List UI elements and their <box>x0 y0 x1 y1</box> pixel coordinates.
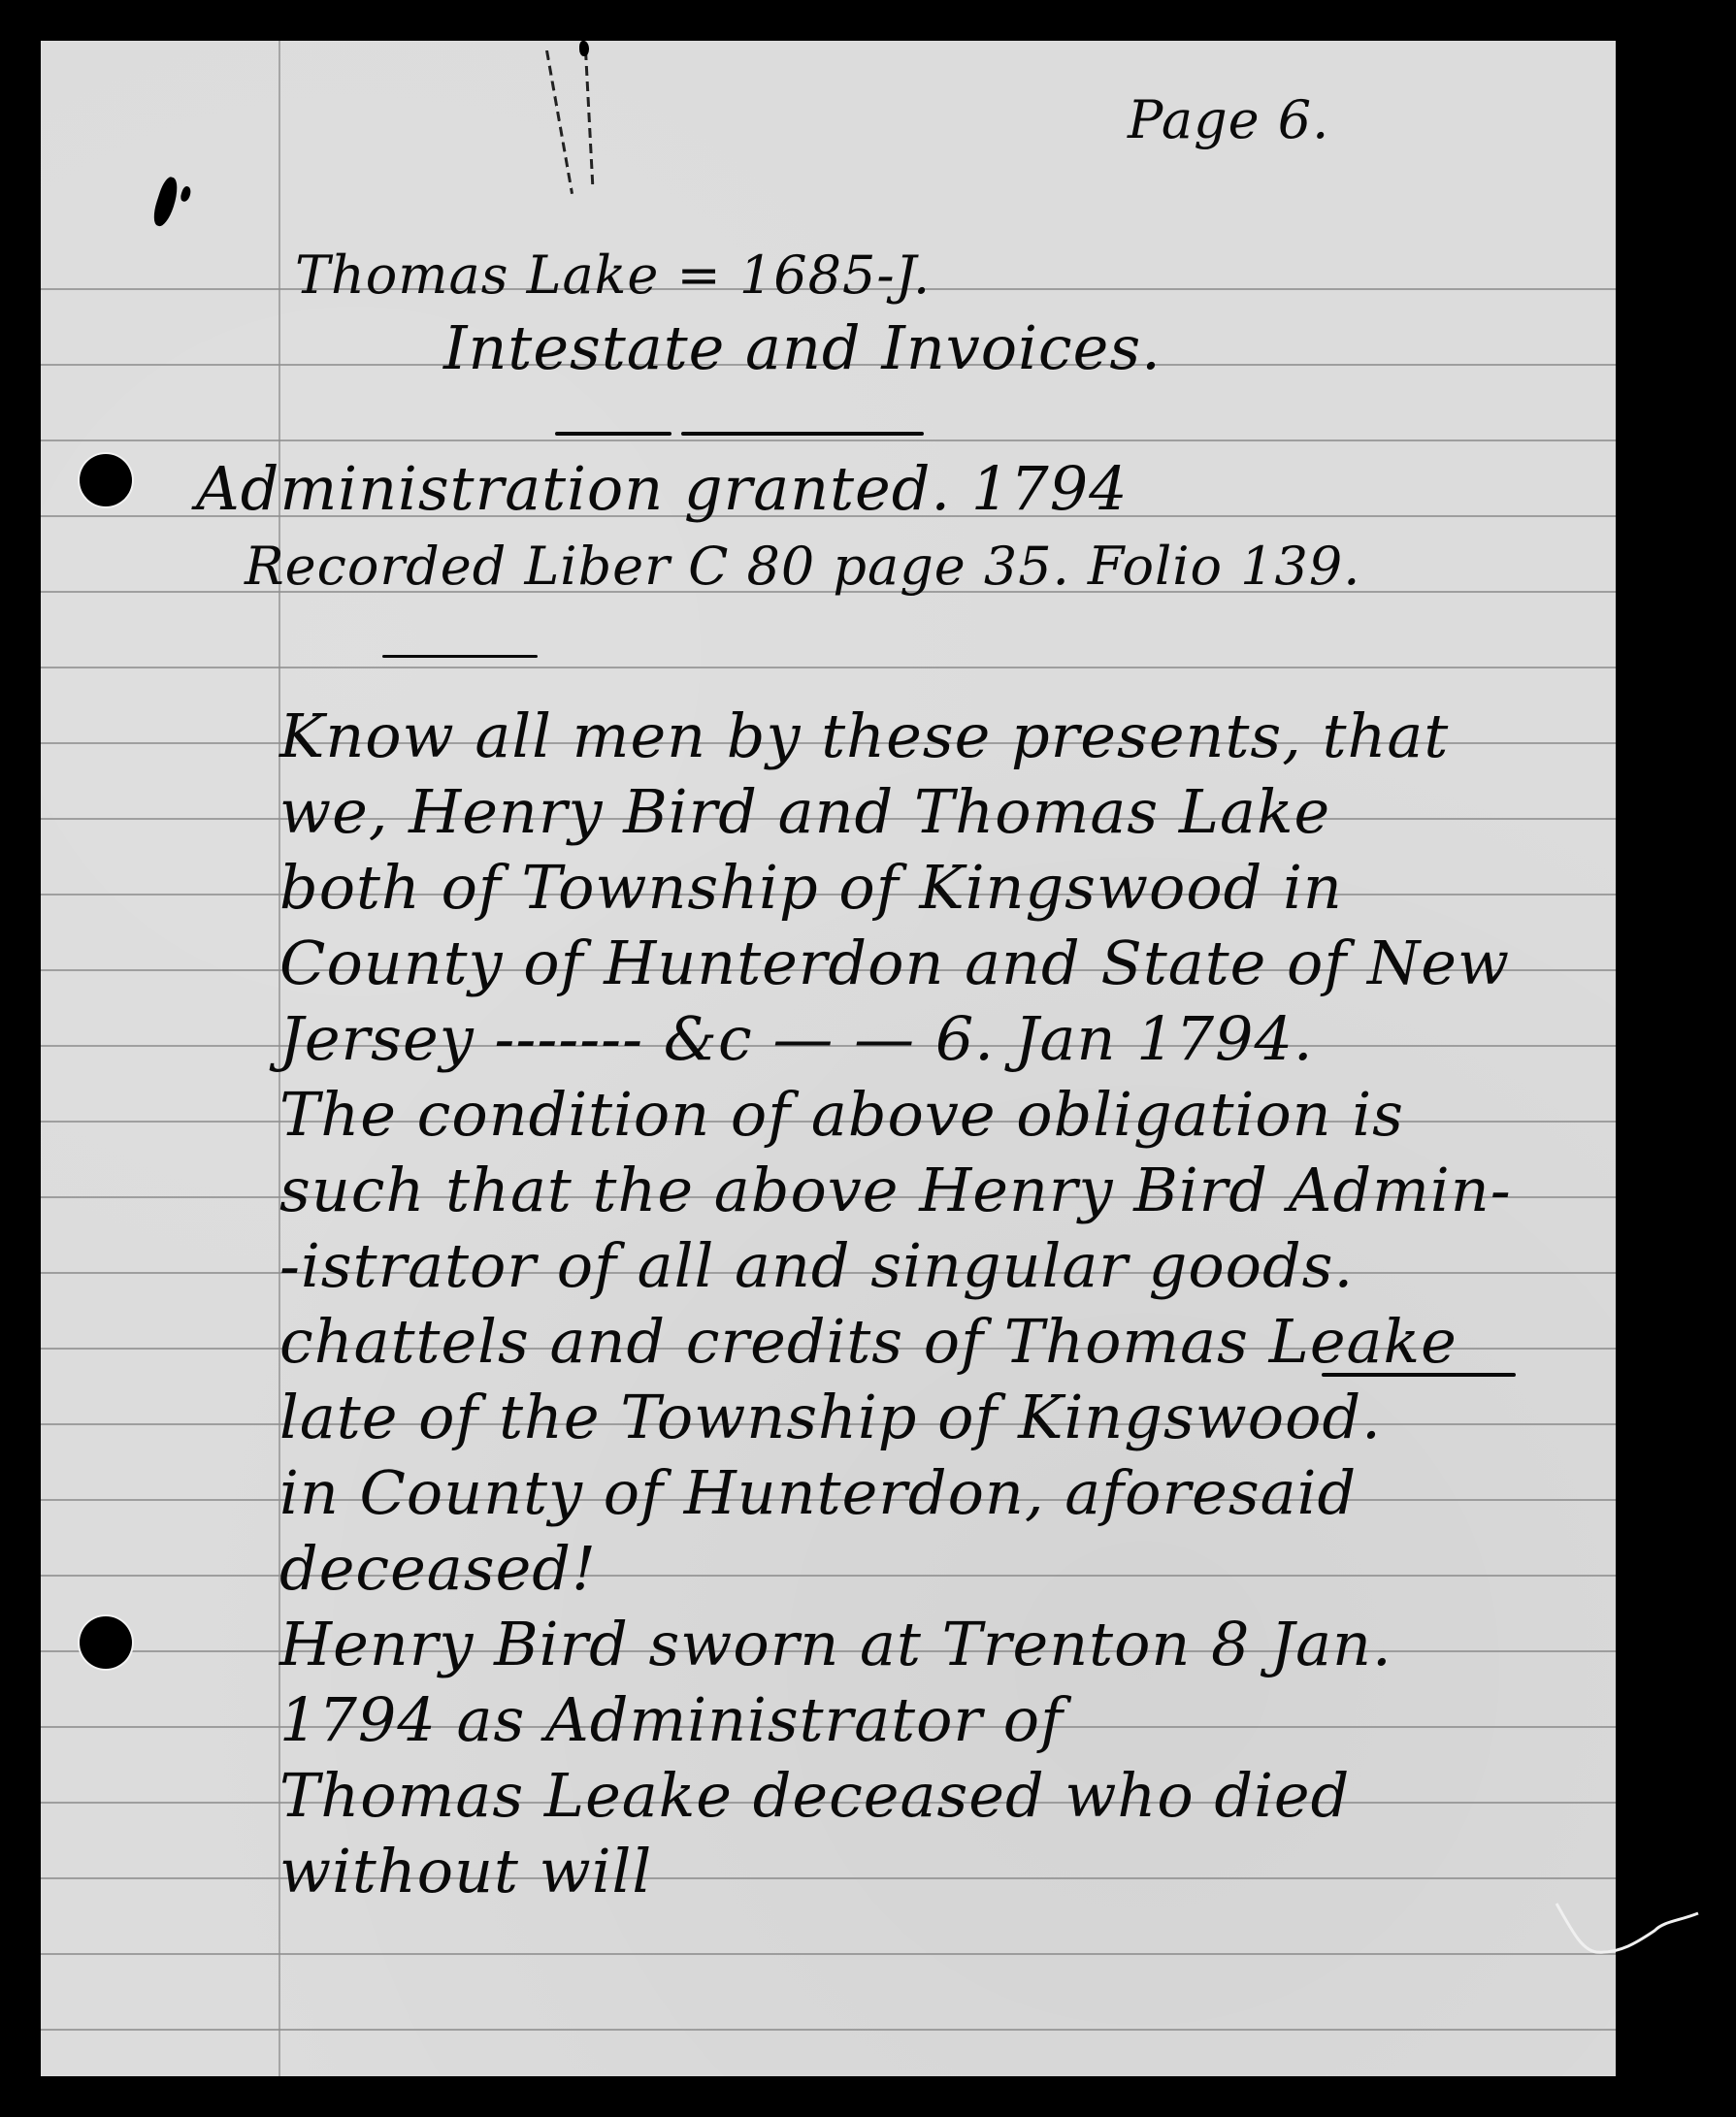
body-line: chattels and credits of Thomas Leake <box>279 1306 1458 1377</box>
heading-name-line: Thomas Lake = 1685-J. <box>295 244 931 306</box>
body-line: we, Henry Bird and Thomas Lake <box>279 776 1330 847</box>
body-line: -istrator of all and singular goods. <box>279 1230 1354 1301</box>
body-line: The condition of above obligation is <box>279 1079 1404 1150</box>
fold-mark <box>584 50 594 186</box>
ink-blot <box>180 185 193 203</box>
ruled-line <box>41 1877 1616 1879</box>
body-line: Henry Bird sworn at Trenton 8 Jan. <box>279 1609 1392 1679</box>
administration-recorded: Recorded Liber C 80 page 35. Folio 139. <box>245 536 1360 597</box>
body-line: 1794 as Administrator of <box>279 1684 1064 1755</box>
ruled-line <box>41 667 1616 668</box>
body-line: Thomas Leake deceased who died <box>279 1760 1350 1831</box>
body-line: such that the above Henry Bird Admin- <box>279 1155 1512 1225</box>
heading-subtitle: Intestate and Invoices. <box>443 312 1162 383</box>
ruled-line <box>41 1953 1616 1955</box>
heading-divider <box>555 432 671 436</box>
punch-hole-top <box>80 454 132 506</box>
ruled-line <box>41 440 1616 441</box>
section-divider <box>382 655 538 658</box>
body-line: late of the Township of Kingswood. <box>279 1382 1382 1452</box>
administration-granted: Administration granted. 1794 <box>196 453 1129 524</box>
body-line: in County of Hunterdon, aforesaid <box>279 1457 1357 1528</box>
ruled-line <box>41 2029 1616 2031</box>
page-label: Page 6. <box>1128 89 1329 150</box>
body-line: Know all men by these presents, that <box>279 700 1449 771</box>
fold-mark <box>545 50 573 194</box>
body-line: Jersey ------- &c — — 6. Jan 1794. <box>279 1003 1314 1074</box>
body-line: County of Hunterdon and State of New <box>279 928 1510 998</box>
punch-hole-bottom <box>80 1616 132 1669</box>
body-line: deceased! <box>279 1533 597 1604</box>
ink-blot <box>149 175 181 228</box>
document-page: Page 6. Thomas Lake = 1685-J. Intestate … <box>41 41 1616 2076</box>
leake-underline <box>1322 1373 1516 1377</box>
ruled-line <box>41 1575 1616 1577</box>
thread-strand <box>1543 1892 1708 1970</box>
heading-divider <box>681 432 924 436</box>
ink-blot <box>579 41 589 56</box>
body-line: both of Township of Kingswood in <box>279 852 1343 923</box>
body-line: without will <box>279 1836 652 1906</box>
